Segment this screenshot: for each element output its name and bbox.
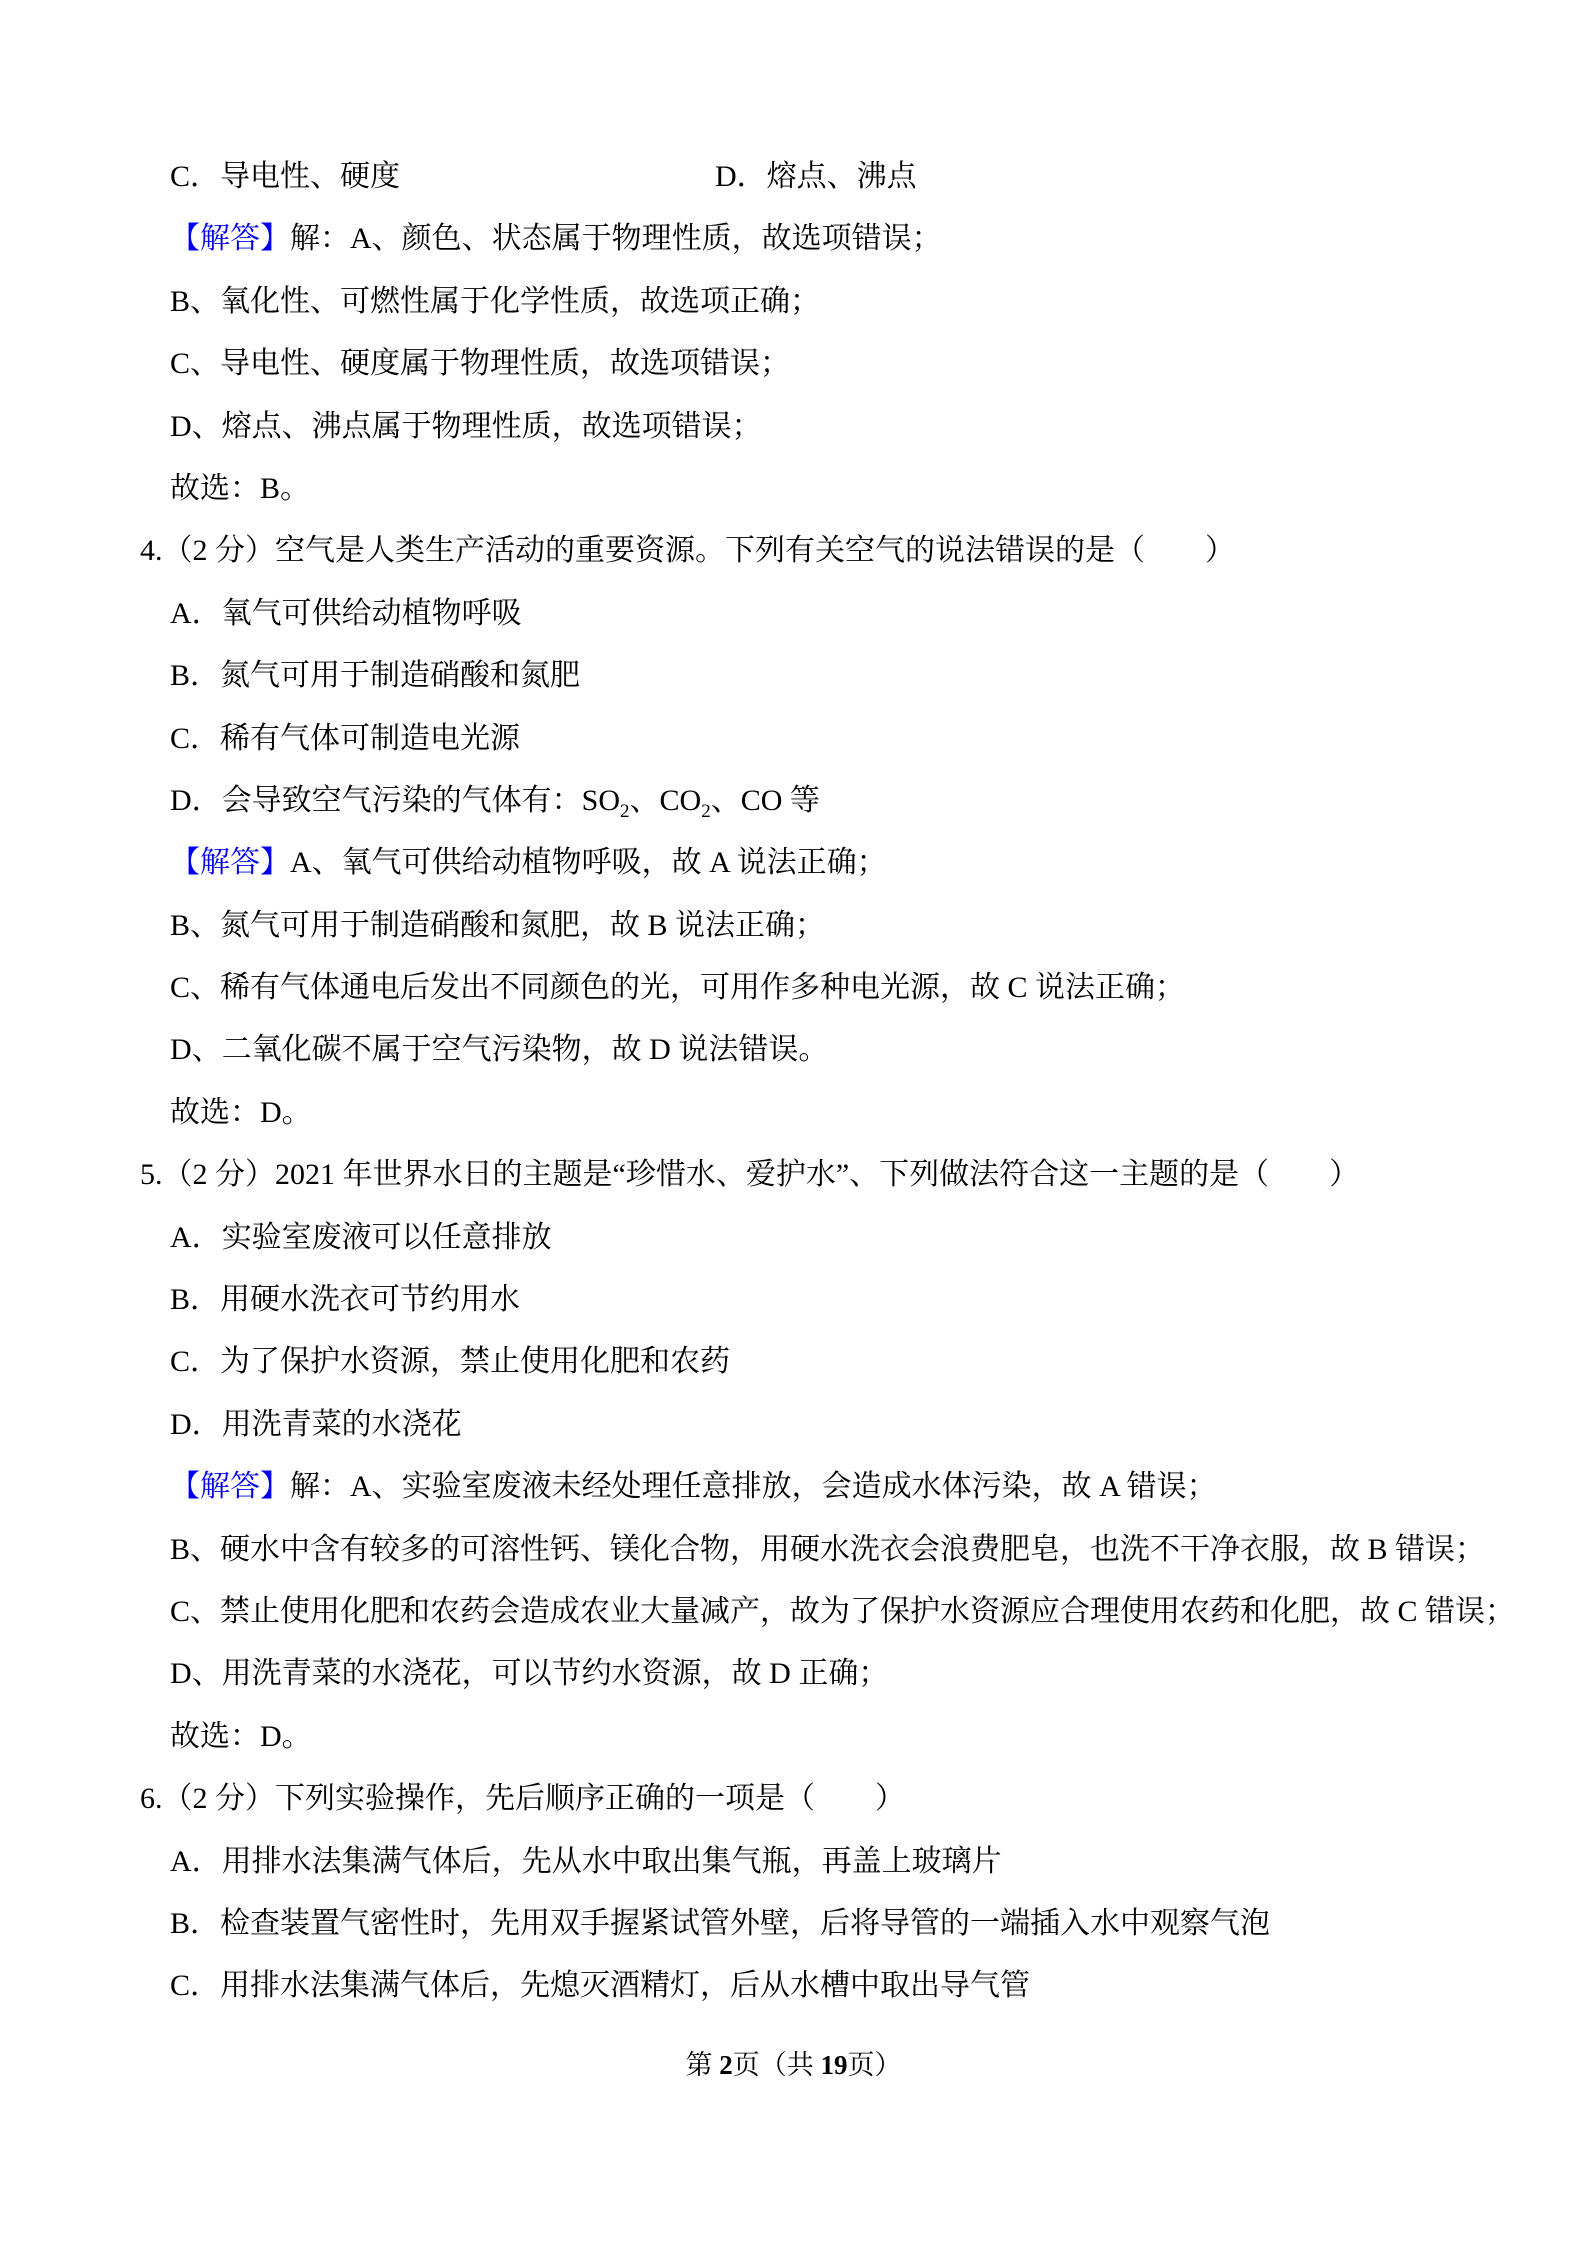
page-footer: 第 2页（共 19页）: [0, 2038, 1587, 2092]
document-body: C．导电性、硬度D．熔点、沸点【解答】解：A、颜色、状态属于物理性质，故选项错误…: [0, 146, 1587, 2018]
answer-label: 【解答】: [170, 846, 290, 879]
text-run: C．稀有气体可制造电光源: [170, 722, 520, 755]
text-run: B、氮气可用于制造硝酸和氮肥，故 B 说法正确；: [170, 909, 825, 942]
text-run: 、CO 等: [711, 784, 820, 817]
question-line: 4.（2 分）空气是人类生产活动的重要资源。下列有关空气的说法错误的是（ ）: [0, 520, 1587, 582]
text-run: 故选：D。: [170, 1096, 312, 1129]
text-run: B、硬水中含有较多的可溶性钙、镁化合物，用硬水洗衣会浪费肥皂，也洗不干净衣服，故…: [170, 1533, 1485, 1566]
text-run: 4.（2 分）空气是人类生产活动的重要资源。下列有关空气的说法错误的是（ ）: [140, 534, 1235, 567]
option-column-right: D．熔点、沸点: [715, 146, 917, 208]
text-run: 页）: [848, 2050, 902, 2080]
text-line: A．用排水法集满气体后，先从水中取出集气瓶，再盖上玻璃片: [0, 1831, 1587, 1893]
text-line: B、氧化性、可燃性属于化学性质，故选项正确；: [0, 271, 1587, 333]
text-line: B、硬水中含有较多的可溶性钙、镁化合物，用硬水洗衣会浪费肥皂，也洗不干净衣服，故…: [0, 1519, 1587, 1581]
text-line: 故选：D。: [0, 1706, 1587, 1768]
answer-label: 【解答】: [170, 1470, 290, 1503]
text-run: C．导电性、硬度: [170, 160, 400, 193]
text-line: D、二氧化碳不属于空气污染物，故 D 说法错误。: [0, 1019, 1587, 1081]
subscript: 2: [701, 801, 711, 822]
text-run: D．熔点、沸点: [715, 160, 917, 193]
text-run: D．会导致空气污染的气体有：SO: [170, 784, 620, 817]
text-run: C．为了保护水资源，禁止使用化肥和农药: [170, 1345, 730, 1378]
text-run: C、稀有气体通电后发出不同颜色的光，可用作多种电光源，故 C 说法正确；: [170, 971, 1185, 1004]
document-page: C．导电性、硬度D．熔点、沸点【解答】解：A、颜色、状态属于物理性质，故选项错误…: [0, 0, 1587, 2245]
text-line: B．氮气可用于制造硝酸和氮肥: [0, 645, 1587, 707]
text-run: C、导电性、硬度属于物理性质，故选项错误；: [170, 347, 790, 380]
text-line: D．用洗青菜的水浇花: [0, 1394, 1587, 1456]
text-run: A．氧气可供给动植物呼吸: [170, 597, 522, 630]
text-line: C、稀有气体通电后发出不同颜色的光，可用作多种电光源，故 C 说法正确；: [0, 957, 1587, 1019]
text-run: 解：A、颜色、状态属于物理性质，故选项错误；: [290, 222, 942, 255]
text-run: 页（共: [733, 2050, 821, 2080]
text-run: 5.（2 分）2021 年世界水日的主题是“珍惜水、爱护水”、下列做法符合这一主…: [140, 1158, 1359, 1191]
text-run: D、用洗青菜的水浇花，可以节约水资源，故 D 正确；: [170, 1657, 888, 1690]
page-number: 19: [821, 2050, 848, 2080]
text-line: A．实验室废液可以任意排放: [0, 1207, 1587, 1269]
text-line: D、熔点、沸点属于物理性质，故选项错误；: [0, 396, 1587, 458]
text-run: D．用洗青菜的水浇花: [170, 1408, 462, 1441]
question-line: 5.（2 分）2021 年世界水日的主题是“珍惜水、爱护水”、下列做法符合这一主…: [0, 1144, 1587, 1206]
text-line: A．氧气可供给动植物呼吸: [0, 583, 1587, 645]
question-line: 6.（2 分）下列实验操作，先后顺序正确的一项是（ ）: [0, 1768, 1587, 1830]
text-run: B．氮气可用于制造硝酸和氮肥: [170, 659, 580, 692]
text-line: B．检查装置气密性时，先用双手握紧试管外壁，后将导管的一端插入水中观察气泡: [0, 1893, 1587, 1955]
text-line: C．用排水法集满气体后，先熄灭酒精灯，后从水槽中取出导气管: [0, 1955, 1587, 2017]
text-run: A．用排水法集满气体后，先从水中取出集气瓶，再盖上玻璃片: [170, 1845, 1002, 1878]
text-run: C、禁止使用化肥和农药会造成农业大量减产，故为了保护水资源应合理使用农药和化肥，…: [170, 1595, 1515, 1628]
text-line: C、导电性、硬度属于物理性质，故选项错误；: [0, 333, 1587, 395]
text-run: 故选：D。: [170, 1720, 312, 1753]
text-run: B、氧化性、可燃性属于化学性质，故选项正确；: [170, 285, 820, 318]
text-run: 6.（2 分）下列实验操作，先后顺序正确的一项是（ ）: [140, 1782, 905, 1815]
text-run: D、熔点、沸点属于物理性质，故选项错误；: [170, 410, 762, 443]
text-line: C．稀有气体可制造电光源: [0, 708, 1587, 770]
text-run: B．检查装置气密性时，先用双手握紧试管外壁，后将导管的一端插入水中观察气泡: [170, 1907, 1270, 1940]
text-line: C．为了保护水资源，禁止使用化肥和农药: [0, 1331, 1587, 1393]
text-line: 【解答】A、氧气可供给动植物呼吸，故 A 说法正确；: [0, 832, 1587, 894]
text-run: C．用排水法集满气体后，先熄灭酒精灯，后从水槽中取出导气管: [170, 1969, 1030, 2002]
page-number: 2: [719, 2050, 733, 2080]
text-run: 解：A、实验室废液未经处理任意排放，会造成水体污染，故 A 错误；: [290, 1470, 1217, 1503]
text-run: A．实验室废液可以任意排放: [170, 1221, 552, 1254]
text-line: B．用硬水洗衣可节约用水: [0, 1269, 1587, 1331]
subscript: 2: [620, 801, 630, 822]
text-run: 第: [686, 2050, 720, 2080]
text-line: B、氮气可用于制造硝酸和氮肥，故 B 说法正确；: [0, 895, 1587, 957]
text-line: D、用洗青菜的水浇花，可以节约水资源，故 D 正确；: [0, 1643, 1587, 1705]
answer-label: 【解答】: [170, 222, 290, 255]
text-line: D．会导致空气污染的气体有：SO2、CO2、CO 等: [0, 770, 1587, 832]
text-line: C、禁止使用化肥和农药会造成农业大量减产，故为了保护水资源应合理使用农药和化肥，…: [0, 1581, 1587, 1643]
text-run: B．用硬水洗衣可节约用水: [170, 1283, 520, 1316]
text-run: 、CO: [630, 784, 702, 817]
text-line: 【解答】解：A、实验室废液未经处理任意排放，会造成水体污染，故 A 错误；: [0, 1456, 1587, 1518]
text-run: A、氧气可供给动植物呼吸，故 A 说法正确；: [290, 846, 887, 879]
text-line: 故选：D。: [0, 1082, 1587, 1144]
text-run: 故选：B。: [170, 472, 310, 505]
text-run: D、二氧化碳不属于空气污染物，故 D 说法错误。: [170, 1033, 828, 1066]
text-line: 【解答】解：A、颜色、状态属于物理性质，故选项错误；: [0, 208, 1587, 270]
text-line: 故选：B。: [0, 458, 1587, 520]
text-line: C．导电性、硬度D．熔点、沸点: [0, 146, 1587, 208]
